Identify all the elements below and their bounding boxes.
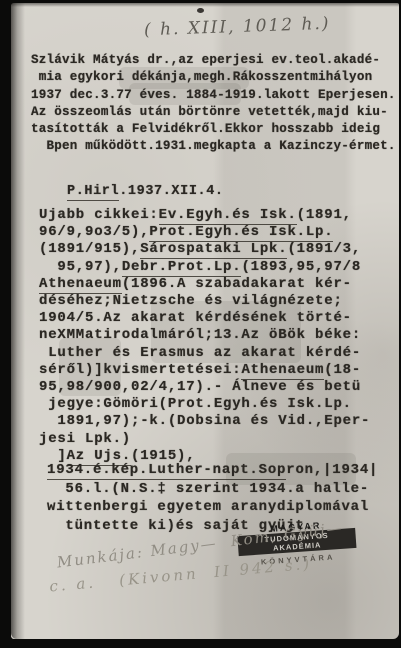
articles-paragraph: Ujabb cikkei:Ev.Egyh.és Isk.(1891,96/9,9… xyxy=(39,207,370,465)
bio-paragraph: Szlávik Mátyás dr.,az eperjesi ev.teol.a… xyxy=(31,52,396,156)
ink-speck xyxy=(197,8,204,13)
top-edge-shadow xyxy=(11,3,399,7)
card-paper: ( h. XIII, 1012 h.) Szlávik Mátyás dr.,a… xyxy=(11,3,399,639)
source-heading: P.Hirl.1937.XII.4. xyxy=(67,184,224,199)
scanned-catalog-card: ( h. XIII, 1012 h.) Szlávik Mátyás dr.,a… xyxy=(0,0,401,648)
torn-left-edge-shadow xyxy=(11,3,25,639)
handwritten-shelfmark: ( h. XIII, 1012 h.) xyxy=(144,14,331,40)
